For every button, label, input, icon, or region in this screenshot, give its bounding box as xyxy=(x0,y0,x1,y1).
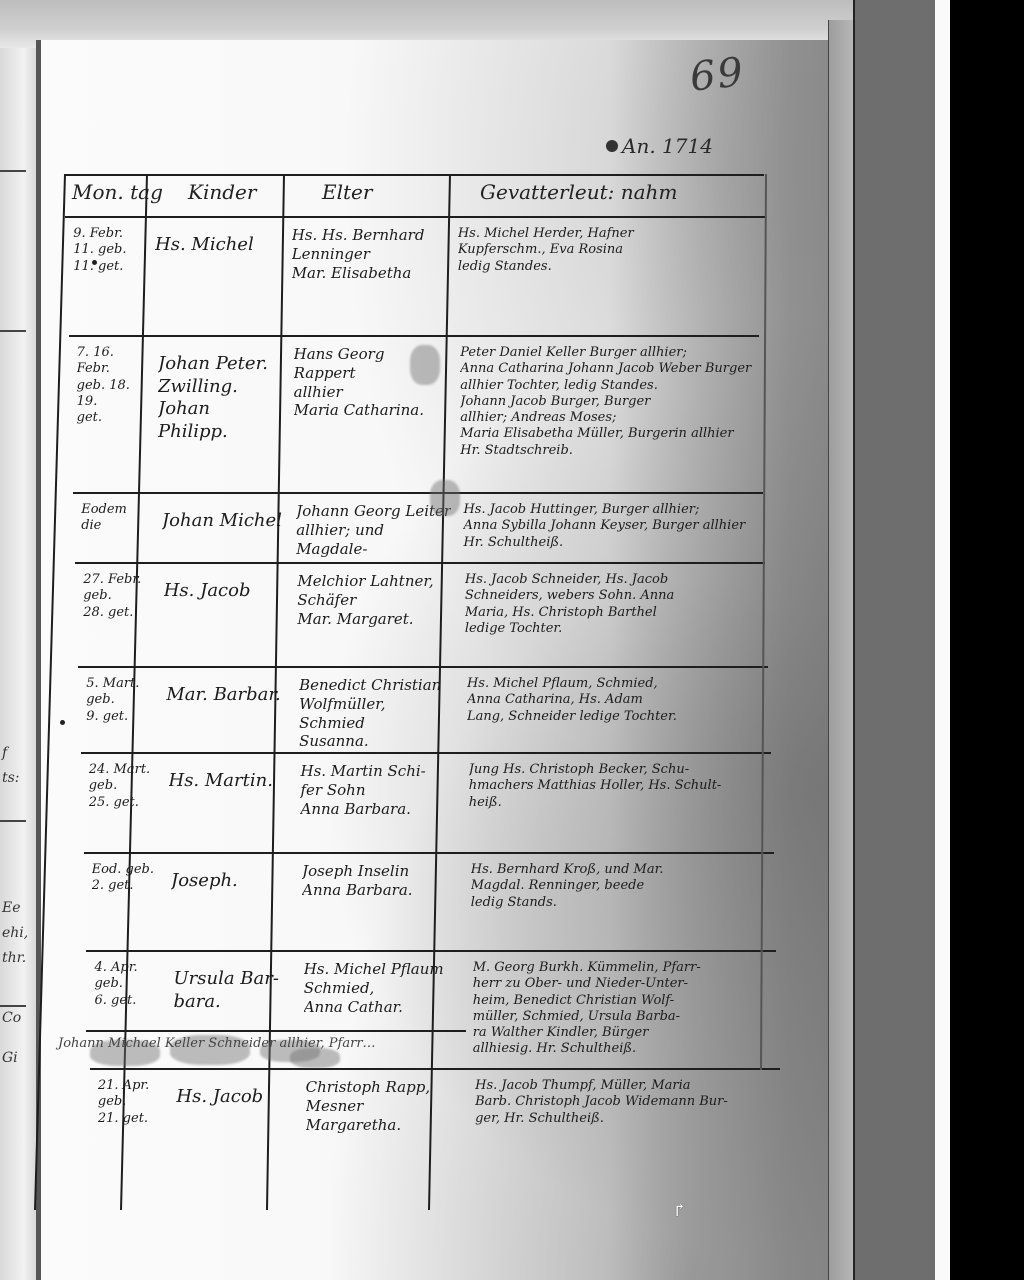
margin-note-rule xyxy=(86,1030,466,1032)
godparents-names: M. Georg Burkh. Kümmelin, Pfarr- herr zu… xyxy=(473,960,765,1064)
baptism-date: 21. Apr. geb. 21. get. xyxy=(98,1078,165,1206)
table-top-rule xyxy=(64,174,764,176)
row-rule xyxy=(73,492,763,494)
margin-note: Johann Michael Keller Schneider allhier,… xyxy=(58,1036,376,1051)
ink-dot xyxy=(60,720,65,725)
column-rule xyxy=(34,174,66,1210)
parents-names: Hs. Hs. Bernhard Lenninger Mar. Elisabet… xyxy=(292,226,446,331)
godparents-names: Hs. Jacob Huttinger, Burger allhier; Ann… xyxy=(463,502,762,558)
parents-names: Johann Georg Leiter allhier; und Magdale… xyxy=(296,502,451,558)
parents-names: Hs. Martin Schi- fer Sohn Anna Barbara. xyxy=(300,762,456,848)
child-name: Hs. Jacob xyxy=(176,1086,293,1206)
column-header-parents: Elter xyxy=(322,180,372,204)
row-rule xyxy=(69,335,759,337)
parents-names: Melchior Lahtner, Schäfer Mar. Margaret. xyxy=(297,572,452,662)
godparents-names: Peter Daniel Keller Burger allhier; Anna… xyxy=(460,345,762,488)
godparents-names: Hs. Jacob Schneider, Hs. Jacob Schneider… xyxy=(465,572,763,662)
ink-smudge xyxy=(430,480,460,516)
column-header-children: Kinder xyxy=(188,180,256,204)
godparents-names: Hs. Michel Herder, Hafner Kupferschm., E… xyxy=(458,226,761,331)
column-header-date: Mon. tag xyxy=(72,180,163,204)
baptism-date: 24. Mart. geb. 25. get. xyxy=(89,762,157,848)
baptism-date: Eod. geb. 2. get. xyxy=(92,862,159,946)
row-rule xyxy=(65,216,765,218)
ink-smudge xyxy=(410,345,440,385)
row-rule xyxy=(75,562,765,564)
godparents-names: Hs. Michel Pflaum, Schmied, Anna Cathari… xyxy=(467,676,763,748)
row-rule xyxy=(84,852,774,854)
child-name: Hs. Michel xyxy=(155,234,280,331)
row-rule xyxy=(81,752,771,754)
ink-dot xyxy=(92,260,97,265)
column-header-godparents: Gevatterleut: nahm xyxy=(480,180,677,204)
row-rule xyxy=(90,1068,780,1070)
godparents-names: Jung Hs. Christoph Becker, Schu- hmacher… xyxy=(469,762,764,848)
child-name: Joseph. xyxy=(171,870,290,946)
baptism-date: 5. Mart. geb. 9. get. xyxy=(86,676,154,748)
godparents-names: Hs. Bernhard Kroß, und Mar. Magdal. Renn… xyxy=(471,862,765,946)
ink-smudge xyxy=(290,1048,340,1068)
parents-names: Christoph Rapp, Mesner Margaretha. xyxy=(306,1078,463,1206)
godparents-names: Hs. Jacob Thumpf, Müller, Maria Barb. Ch… xyxy=(475,1078,765,1206)
row-rule xyxy=(86,950,776,952)
baptism-register-table: Mon. tag Kinder Elter Gevatterleut: nahm… xyxy=(0,0,1024,1280)
baptism-date: 9. Febr. 11. geb. 11. get. xyxy=(73,226,143,331)
parents-names: Joseph Inselin Anna Barbara. xyxy=(302,862,459,946)
row-rule xyxy=(78,666,768,668)
child-name: Johan Peter. Zwilling. Johan Philipp. xyxy=(158,353,282,488)
child-name: Mar. Barbar. xyxy=(166,684,287,748)
baptism-date: 7. 16. Febr. geb. 18. 19. get. xyxy=(77,345,146,488)
child-name: Johan Michel xyxy=(162,510,284,558)
stray-ink-mark: ↱ xyxy=(672,1200,687,1221)
parents-names: Benedict Christian Wolfmüller, Schmied S… xyxy=(299,676,455,748)
baptism-date: Eodem die xyxy=(81,502,150,558)
child-name: Hs. Martin. xyxy=(169,770,289,848)
baptism-date: 27. Febr. geb. 28. get. xyxy=(83,572,152,662)
child-name: Hs. Jacob xyxy=(164,580,286,662)
